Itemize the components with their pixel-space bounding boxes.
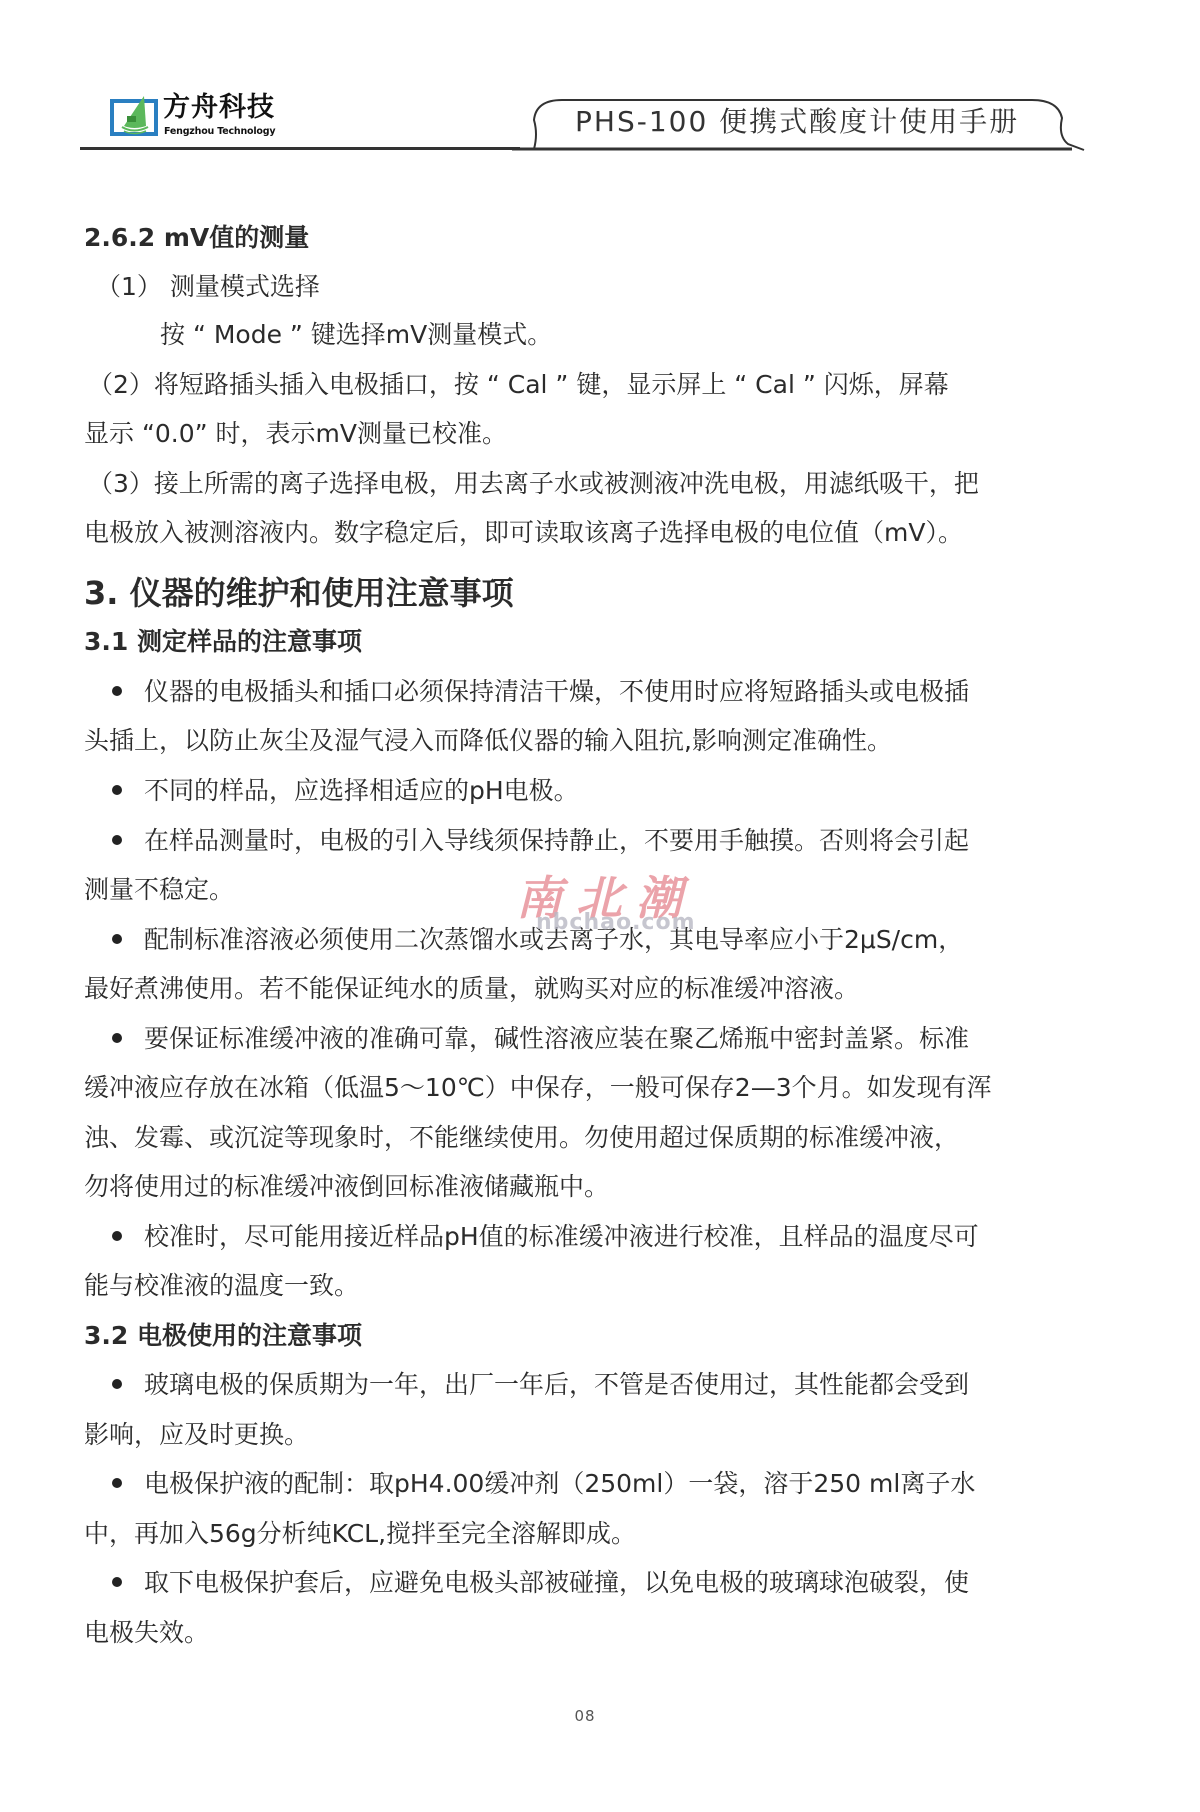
section-heading-3-1: 3.1 测定样品的注意事项 xyxy=(84,627,362,657)
list-item: 仪器的电极插头和插口必须保持清洁干燥，不使用时应将短路插头或电极插 xyxy=(84,677,969,707)
bullet-icon xyxy=(112,835,122,845)
step-1-body: 按 “ Mode ” 键选择mV测量模式。 xyxy=(160,320,552,350)
section-heading-2-6-2: 2.6.2 mV值的测量 xyxy=(84,223,309,253)
bullet-icon xyxy=(112,686,122,696)
list-item-continuation: 电极失效。 xyxy=(84,1618,209,1648)
list-item-continuation: 浊、发霉、或沉淀等现象时，不能继续使用。勿使用超过保质期的标准缓冲液， xyxy=(84,1123,959,1153)
list-item: 取下电极保护套后，应避免电极头部被碰撞，以免电极的玻璃球泡破裂，使 xyxy=(84,1568,969,1598)
step-3-line-2: 电极放入被测溶液内。数字稳定后，即可读取该离子选择电极的电位值（mV）。 xyxy=(84,518,963,548)
header-rule xyxy=(80,147,520,150)
step-2-line-2: 显示 “0.0” 时，表示mV测量已校准。 xyxy=(84,419,507,449)
brand-name-en: Fengzhou Technology xyxy=(164,126,275,137)
bullet-icon xyxy=(112,1379,122,1389)
step-3-line-1: （3）接上所需的离子选择电极，用去离子水或被测液冲洗电极，用滤纸吸干，把 xyxy=(88,469,979,499)
list-item: 不同的样品，应选择相适应的pH电极。 xyxy=(84,776,579,806)
bullet-icon xyxy=(112,1577,122,1587)
bullet-icon xyxy=(112,1231,122,1241)
bullet-icon xyxy=(112,934,122,944)
list-item: 玻璃电极的保质期为一年，出厂一年后，不管是否使用过，其性能都会受到 xyxy=(84,1370,969,1400)
list-item-continuation: 头插上，以防止灰尘及湿气浸入而降低仪器的输入阻抗,影响测定准确性。 xyxy=(84,726,892,756)
list-item-continuation: 能与校准液的温度一致。 xyxy=(84,1271,359,1301)
watermark-cn: 南北潮 xyxy=(516,862,696,928)
bullet-icon xyxy=(112,1478,122,1488)
list-item-continuation: 中，再加入56g分析纯KCL,搅拌至完全溶解即成。 xyxy=(84,1519,636,1549)
step-2-line-1: （2）将短路插头插入电极插口，按 “ Cal ” 键，显示屏上 “ Cal ” … xyxy=(88,370,949,400)
list-item: 在样品测量时，电极的引入导线须保持静止，不要用手触摸。否则将会引起 xyxy=(84,826,969,856)
list-item-continuation: 测量不稳定。 xyxy=(84,875,234,905)
fengzhou-logo-icon xyxy=(110,96,158,138)
list-item: 配制标准溶液必须使用二次蒸馏水或去离子水，其电导率应小于2μS/cm， xyxy=(84,925,963,955)
section-heading-3-2: 3.2 电极使用的注意事项 xyxy=(84,1321,362,1351)
list-item-continuation: 勿将使用过的标准缓冲液倒回标准液储藏瓶中。 xyxy=(84,1172,609,1202)
brand-name-cn: 方舟科技 xyxy=(163,93,275,123)
bullet-icon xyxy=(112,1033,122,1043)
page-number: 08 xyxy=(0,1707,1170,1725)
list-item: 电极保护液的配制：取pH4.00缓冲剂（250ml）一袋，溶于250 ml离子水 xyxy=(84,1469,975,1499)
list-item-continuation: 最好煮沸使用。若不能保证纯水的质量，就购买对应的标准缓冲溶液。 xyxy=(84,974,859,1004)
section-heading-3: 3. 仪器的维护和使用注意事项 xyxy=(84,574,514,612)
list-item-continuation: 影响，应及时更换。 xyxy=(84,1420,309,1450)
step-1-title: （1） 测量模式选择 xyxy=(96,272,320,302)
page-header: 方舟科技 Fengzhou Technology PHS-100 便携式酸度计使… xyxy=(0,0,1200,160)
list-item: 校准时，尽可能用接近样品pH值的标准缓冲液进行校准，且样品的温度尽可 xyxy=(84,1222,979,1252)
manual-title: PHS-100 便携式酸度计使用手册 xyxy=(575,104,1019,140)
list-item-continuation: 缓冲液应存放在冰箱（低温5～10℃）中保存，一般可保存2—3个月。如发现有浑 xyxy=(84,1073,992,1103)
bullet-icon xyxy=(112,785,122,795)
list-item: 要保证标准缓冲液的准确可靠，碱性溶液应装在聚乙烯瓶中密封盖紧。标准 xyxy=(84,1024,969,1054)
